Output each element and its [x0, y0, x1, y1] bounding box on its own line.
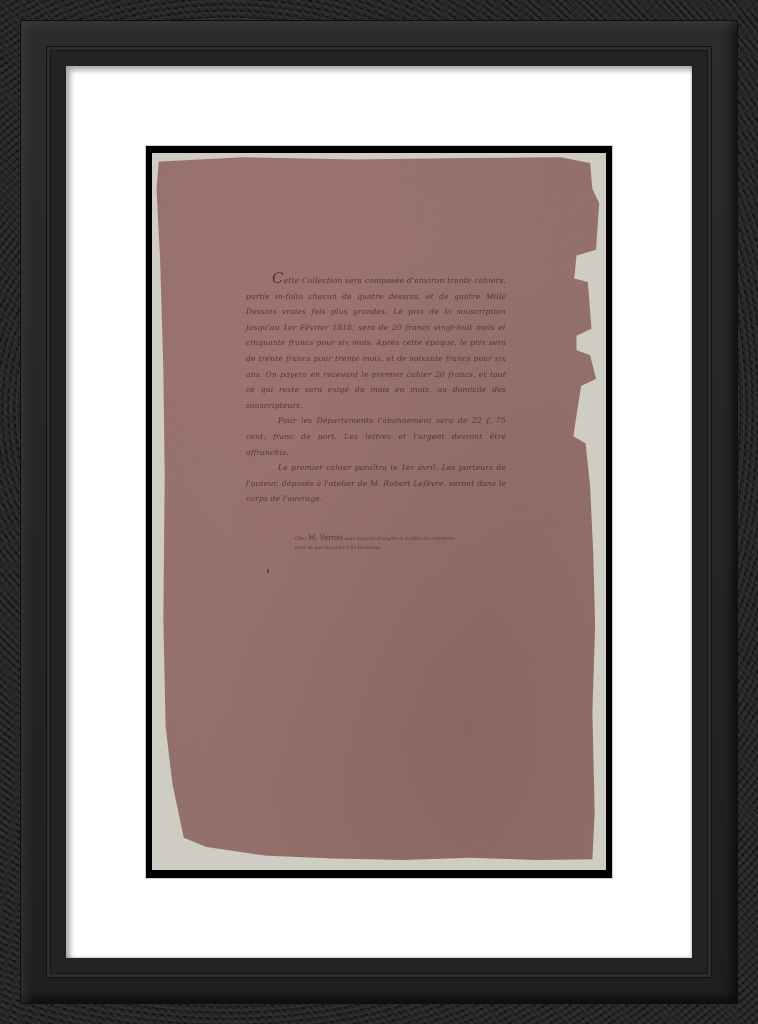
- ink-mark: [267, 569, 269, 573]
- manuscript-text: Cette Collection sera composée d'environ…: [246, 271, 506, 507]
- artwork: Cette Collection sera composée d'environ…: [152, 153, 606, 870]
- note-prefix: Chez: [295, 537, 307, 542]
- manuscript-note: Chez M. Vernet sous lesquels d'origine e…: [295, 534, 465, 553]
- dropcap: C: [272, 269, 284, 287]
- manuscript-paragraph-3: Le premier cahier paraîtra le 1er avril.…: [246, 460, 506, 507]
- note-name: M. Vernet: [308, 534, 343, 542]
- manuscript-paragraph-2: Pour les Départements l'abonnement sera …: [246, 413, 506, 460]
- paragraph-text: ette Collection sera composée d'environ …: [246, 276, 506, 410]
- manuscript-paper: [152, 153, 606, 870]
- manuscript-paragraph-1: Cette Collection sera composée d'environ…: [246, 271, 506, 413]
- picture-frame: Cette Collection sera composée d'environ…: [0, 0, 758, 1024]
